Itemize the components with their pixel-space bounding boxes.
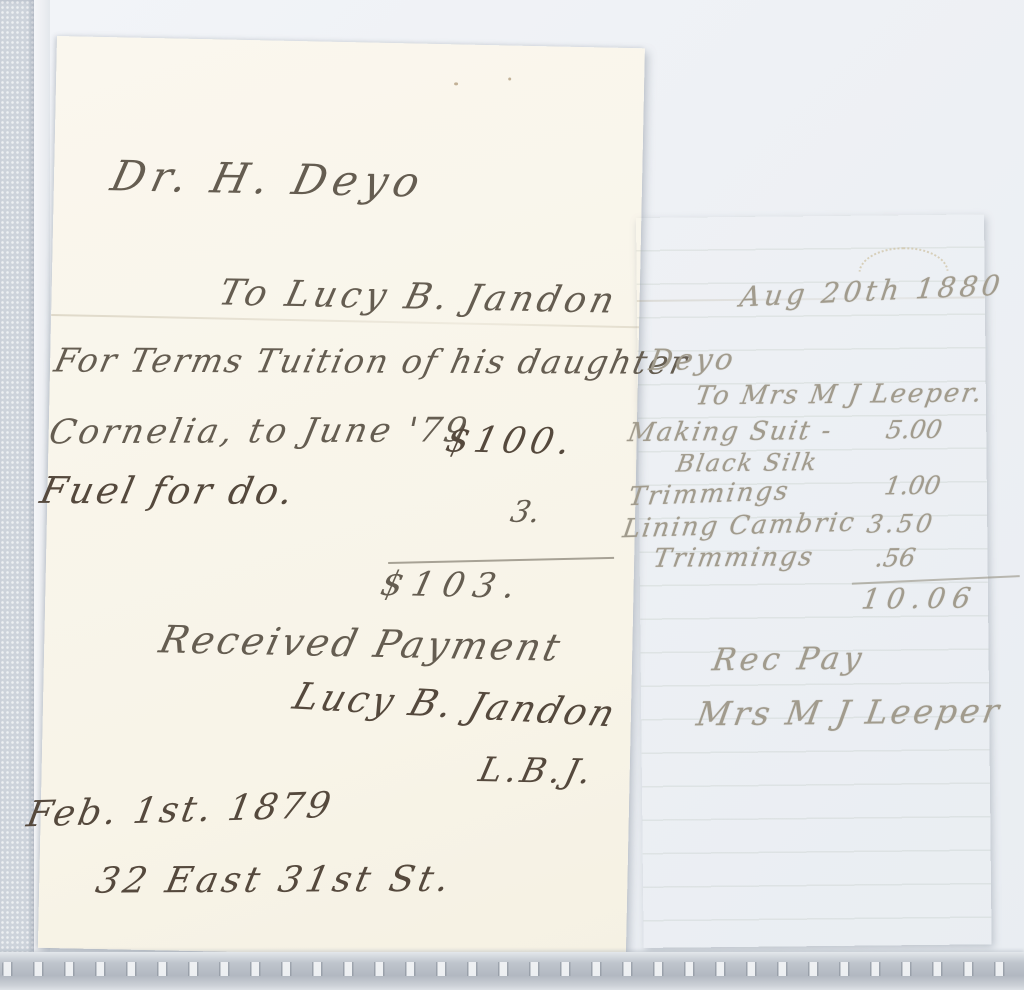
- debtor-line: Dr. H. Deyo: [107, 155, 429, 203]
- date-line: Aug 20th 1880: [738, 272, 1005, 312]
- date-line: Feb. 1st. 1879: [24, 788, 336, 833]
- fuel-line: Fuel for do.: [37, 472, 299, 510]
- signature: Lucy B. Jandon: [289, 678, 622, 733]
- received-line: Received Payment: [156, 620, 566, 666]
- left-receipt-paper: Dr. H. Deyo To Lucy B. Jandon For Terms …: [38, 36, 645, 960]
- right-receipt-paper: Aug 20th 1880 Deyo To Mrs M J Leeper. Ma…: [636, 214, 992, 948]
- item-label: Trimmings: [627, 478, 792, 510]
- binder-bottom-strip: [0, 952, 1024, 990]
- service-line-1: For Terms Tuition of his daughter: [52, 344, 692, 379]
- item-label: Making Suit -: [626, 418, 835, 446]
- photo-scene: Dr. H. Deyo To Lucy B. Jandon For Terms …: [0, 0, 1024, 990]
- item-amount: 1.00: [883, 473, 943, 499]
- tuition-amount: $100.: [442, 422, 578, 461]
- binder-notches: [2, 962, 1022, 976]
- item-label: Trimmings: [651, 544, 816, 572]
- fuel-amount: 3.: [508, 498, 544, 528]
- paper-speck: [508, 77, 511, 80]
- initials: L.B.J.: [476, 753, 599, 789]
- address-line: 32 East 31st St.: [93, 862, 457, 900]
- received-line: Rec Pay: [710, 644, 868, 677]
- signature: Mrs M J Leeper: [694, 694, 1004, 730]
- debtor-line: Deyo: [647, 345, 738, 375]
- total-amount: $103.: [378, 567, 528, 604]
- item-amount: 5.00: [884, 417, 944, 443]
- item-amount: 3.50: [865, 511, 937, 537]
- item-label: Black Silk: [675, 450, 821, 476]
- payee-line: To Mrs M J Leeper.: [694, 380, 986, 409]
- total-amount: 10.06: [860, 584, 980, 613]
- item-label: Lining Cambric: [621, 510, 858, 543]
- paper-speck: [454, 82, 458, 85]
- item-amount: .56: [874, 545, 918, 570]
- service-line-2: Cornelia, to June '79: [46, 413, 473, 449]
- total-rule: [388, 557, 614, 564]
- payee-line: To Lucy B. Jandon: [215, 276, 621, 320]
